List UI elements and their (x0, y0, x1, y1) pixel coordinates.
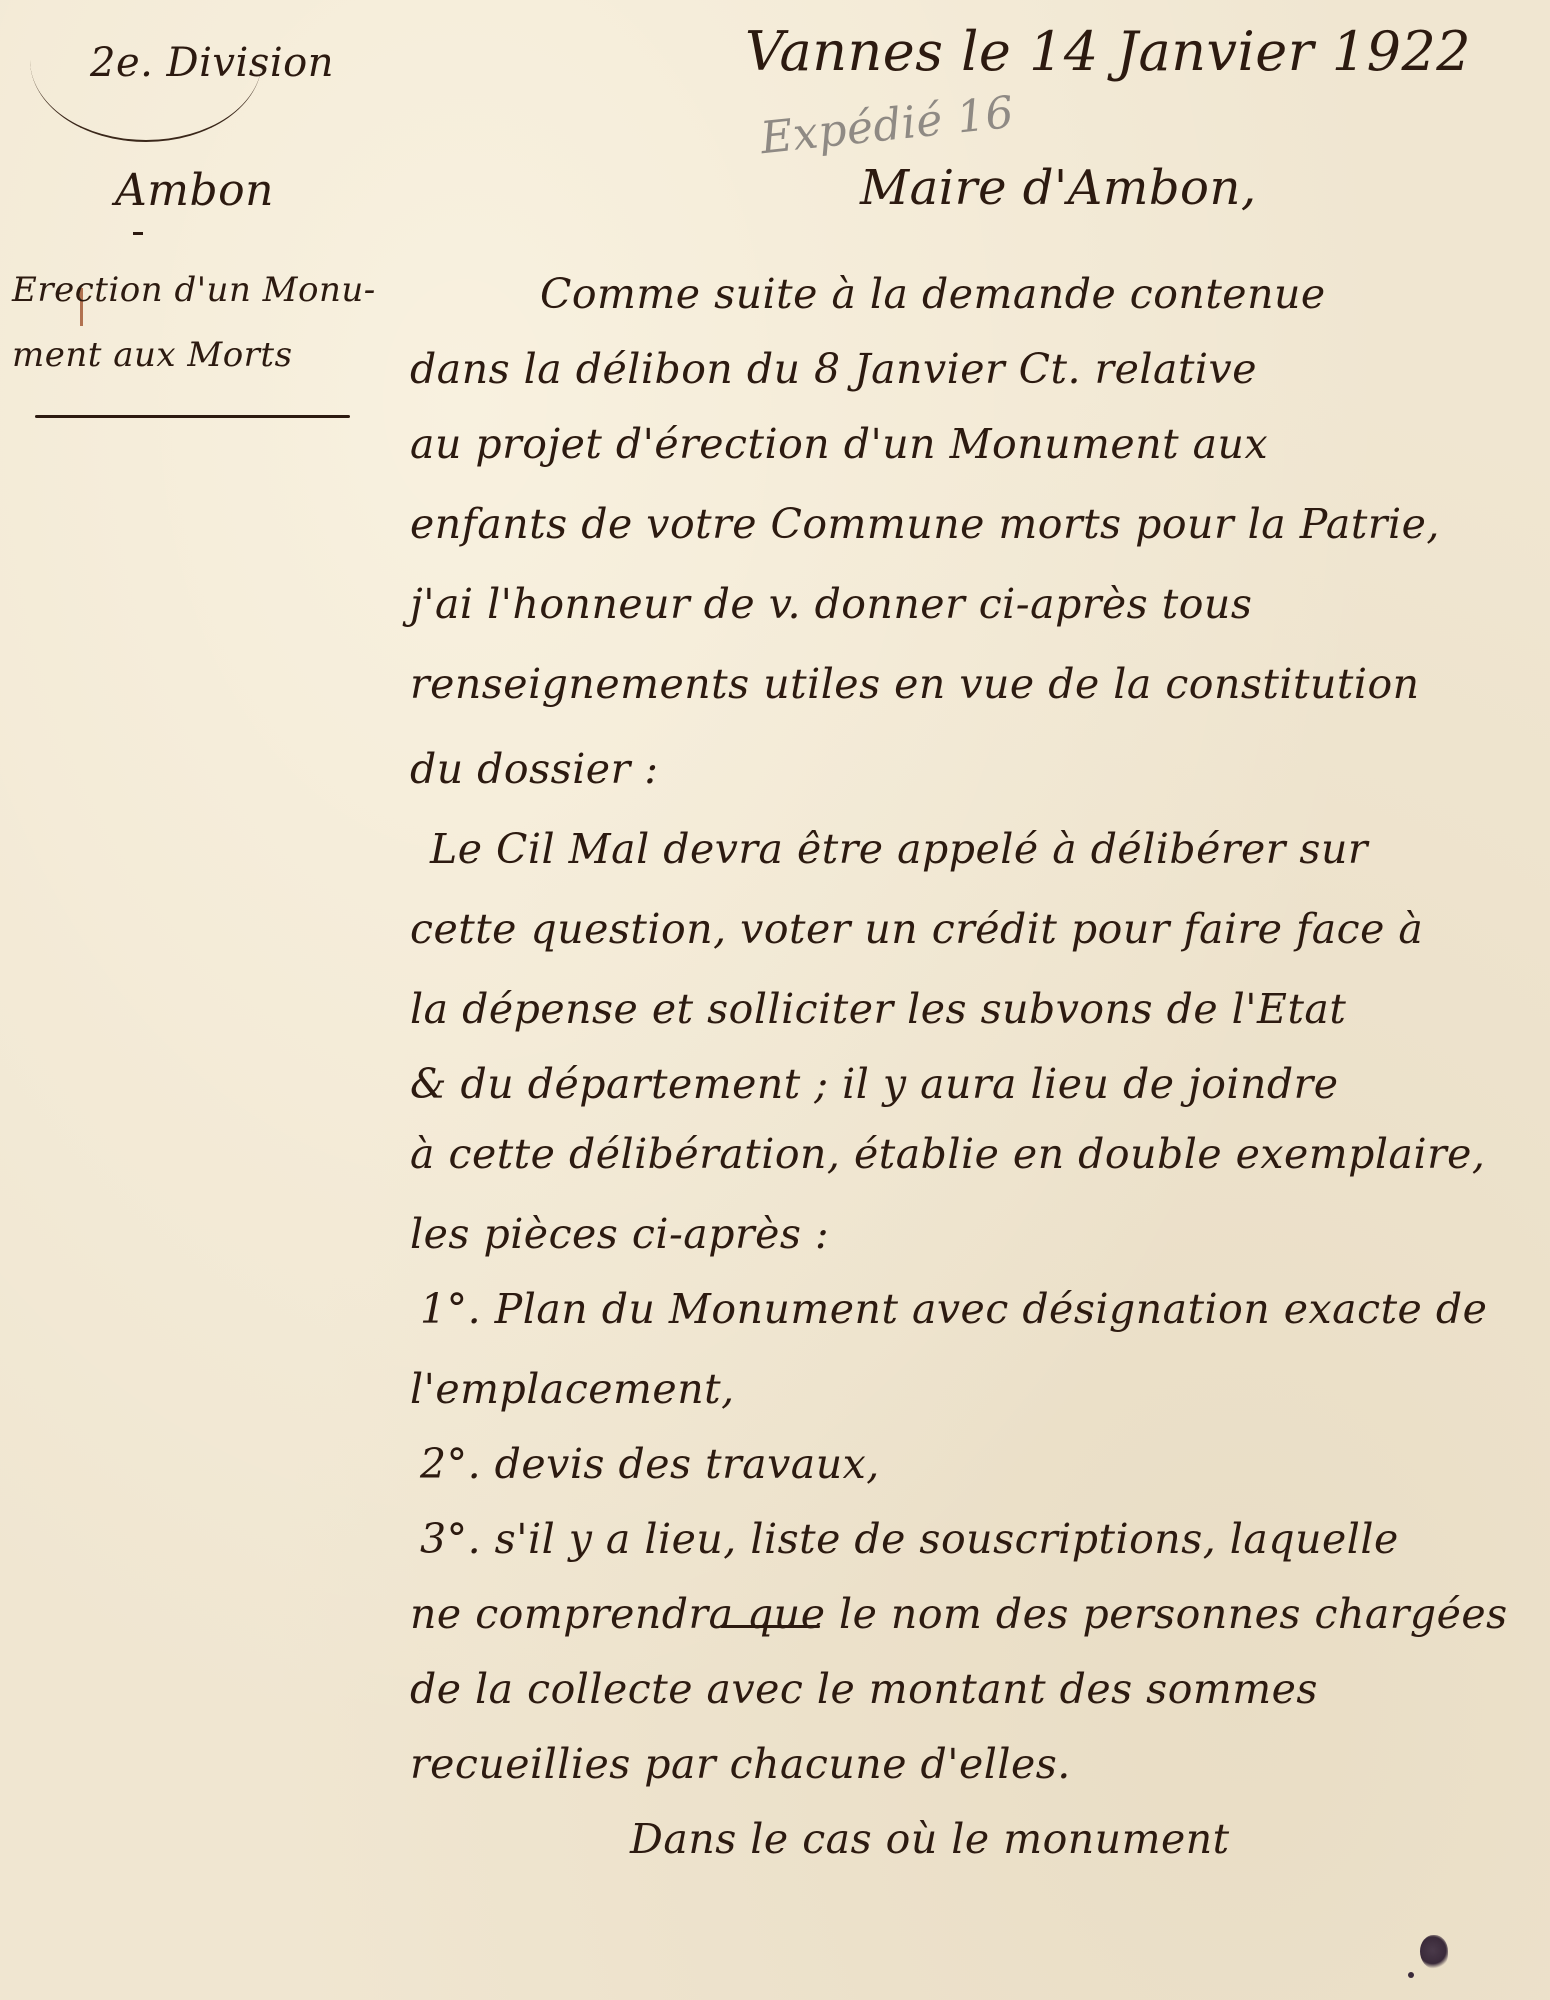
list-item-2: 2°. devis des travaux, (420, 1440, 880, 1488)
margin-subject-line-2: ment aux Morts (12, 335, 293, 375)
body-line-6: renseignements utiles en vue de la const… (410, 660, 1420, 708)
body-line-7: du dossier : (410, 745, 659, 793)
closing-line: Dans le cas où le monument (630, 1815, 1230, 1863)
body-line-5: j'ai l'honneur de v. donner ci-après tou… (410, 580, 1252, 628)
margin-subject-line-1: Erection d'un Monu- (12, 270, 376, 310)
margin-divider-rule (35, 415, 350, 418)
body-line-2: dans la délibon du 8 Janvier Ct. relativ… (410, 345, 1257, 393)
ink-blot (1420, 1935, 1448, 1969)
body-line-8: Le Cil Mal devra être appelé à délibérer… (430, 825, 1368, 873)
underline-que (720, 1625, 820, 1628)
body-line-4: enfants de votre Commune morts pour la P… (410, 500, 1440, 548)
list-item-3-line-2: ne comprendra que le nom des personnes c… (410, 1590, 1508, 1638)
margin-dash (133, 232, 143, 235)
list-item-3: 3°. s'il y a lieu, liste de souscription… (420, 1515, 1399, 1563)
list-item-1: 1°. Plan du Monument avec désignation ex… (420, 1285, 1487, 1333)
place-and-date: Vannes le 14 Janvier 1922 (745, 20, 1471, 83)
margin-commune-name: Ambon (115, 165, 274, 216)
body-line-1: Comme suite à la demande contenue (540, 270, 1326, 318)
salutation: Maire d'Ambon, (860, 160, 1257, 216)
list-item-1-continued: l'emplacement, (410, 1365, 735, 1413)
body-line-9: cette question, voter un crédit pour fai… (410, 905, 1423, 953)
body-line-3: au projet d'érection d'un Monument aux (410, 420, 1268, 468)
list-item-3-line-4: recueillies par chacune d'elles. (410, 1740, 1071, 1788)
list-item-3-line-3: de la collecte avec le montant des somme… (410, 1665, 1318, 1713)
ink-dot (1408, 1972, 1414, 1978)
body-line-10: la dépense et solliciter les subvons de … (410, 985, 1346, 1033)
body-line-12: à cette délibération, établie en double … (410, 1130, 1485, 1178)
body-line-11: & du département ; il y aura lieu de joi… (410, 1060, 1339, 1108)
body-line-13: les pièces ci-après : (410, 1210, 829, 1258)
